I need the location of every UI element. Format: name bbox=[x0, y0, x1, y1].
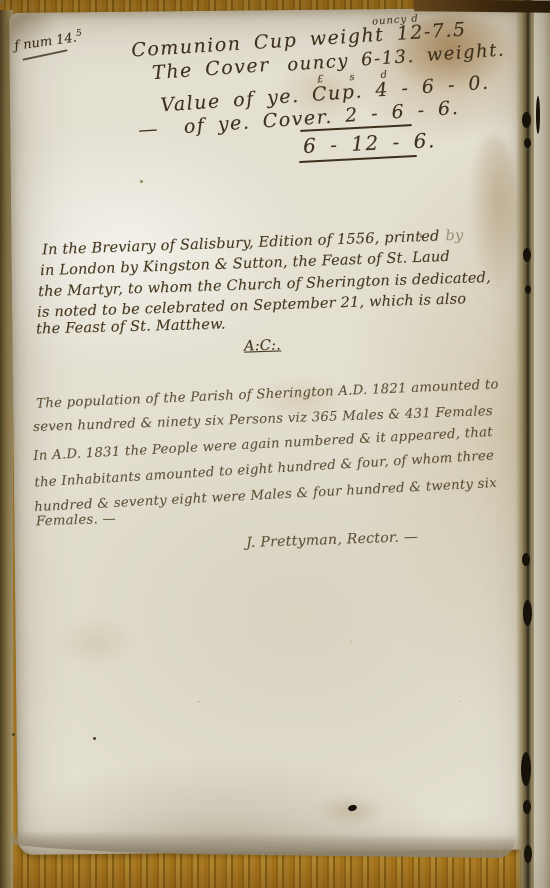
photo-of-manuscript: { "palette": { "ink": "#3d301c", "ink_fa… bbox=[0, 0, 550, 888]
binding-hole bbox=[521, 752, 531, 786]
paper-specks bbox=[0, 0, 3, 3]
binding-hole bbox=[524, 138, 531, 148]
binding-hole bbox=[523, 800, 531, 814]
initials: A:C:. bbox=[244, 337, 281, 354]
binding-hole bbox=[522, 112, 531, 128]
facing-page-edge bbox=[534, 0, 550, 888]
binding-hole bbox=[524, 845, 532, 863]
binding-hole bbox=[523, 248, 531, 262]
binding-hole bbox=[536, 96, 540, 134]
margin-folio-sup: 5 bbox=[75, 28, 82, 39]
binding-hole bbox=[525, 285, 531, 294]
book-cover-edge bbox=[414, 0, 550, 13]
binding-hole bbox=[523, 600, 532, 626]
faded-word: by bbox=[445, 228, 463, 245]
stain-lower-left bbox=[55, 615, 135, 670]
note-line: Females. — bbox=[36, 512, 116, 530]
binding-hole bbox=[522, 553, 530, 566]
